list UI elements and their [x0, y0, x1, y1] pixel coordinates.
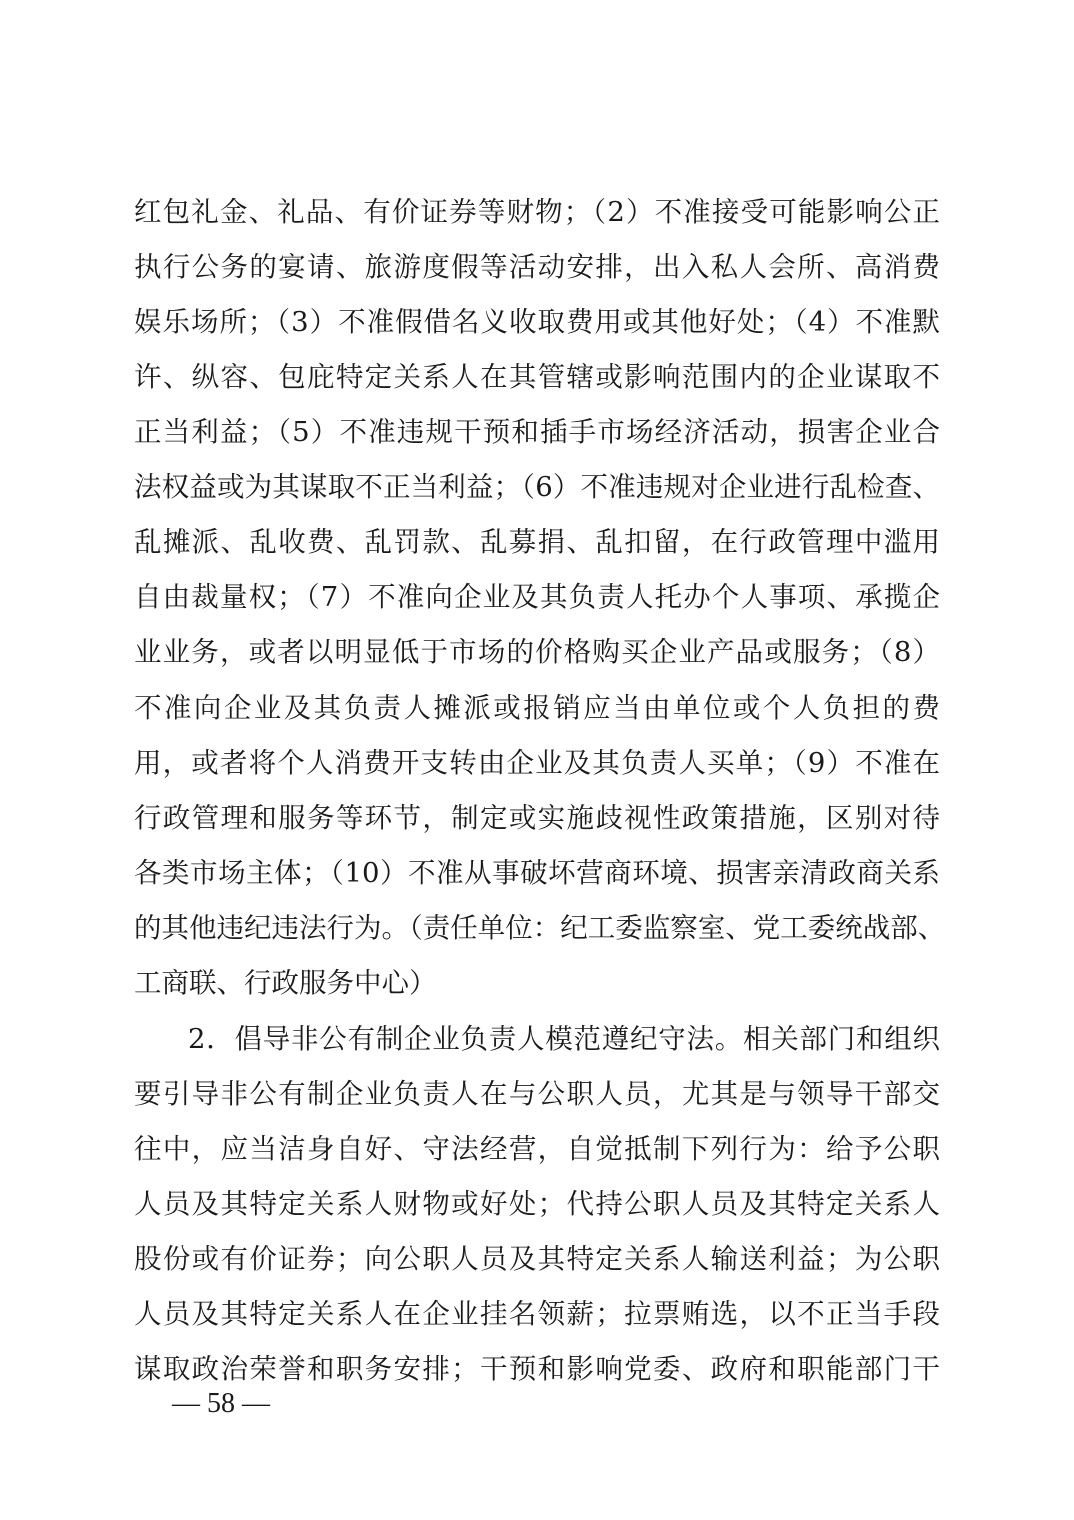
paragraph-heading-line: 2．倡导非公有制企业负责人模范遵纪守法。相关部门和组织 [188, 1019, 940, 1059]
text-line: 往中，应当洁身自好、守法经营，自觉抵制下列行为：给予公职 [134, 1129, 940, 1169]
text-line: 执行公务的宴请、旅游度假等活动安排，出入私人会所、高消费 [134, 247, 940, 287]
page-number: — 58 — [172, 1384, 270, 1424]
text-line: 用，或者将个人消费开支转由企业及其负责人买单；（9）不准在 [134, 743, 940, 783]
text-line: 自由裁量权；（7）不准向企业及其负责人托办个人事项、承揽企 [134, 577, 940, 617]
document-page: 红包礼金、礼品、有价证券等财物；（2）不准接受可能影响公正 执行公务的宴请、旅游… [0, 0, 1074, 1520]
text-line: 业业务，或者以明显低于市场的价格购买企业产品或服务；（8） [134, 632, 940, 672]
text-line: 法权益或为其谋取不正当利益；（6）不准违规对企业进行乱检查、 [134, 467, 940, 507]
text-line: 不准向企业及其负责人摊派或报销应当由单位或个人负担的费 [134, 688, 940, 728]
text-line: 行政管理和服务等环节，制定或实施歧视性政策措施，区别对待 [134, 798, 940, 838]
text-line: 人员及其特定关系人在企业挂名领薪；拉票贿选，以不正当手段 [134, 1294, 940, 1334]
text-line: 要引导非公有制企业负责人在与公职人员，尤其是与领导干部交 [134, 1074, 940, 1114]
text-line: 正当利益；（5）不准违规干预和插手市场经济活动，损害企业合 [134, 412, 940, 452]
text-line: 谋取政治荣誉和职务安排；干预和影响党委、政府和职能部门干 [134, 1349, 940, 1389]
text-line: 娱乐场所；（3）不准假借名义收取费用或其他好处；（4）不准默 [134, 302, 940, 342]
text-line: 红包礼金、礼品、有价证券等财物；（2）不准接受可能影响公正 [134, 192, 940, 232]
text-line: 工商联、行政服务中心） [134, 963, 940, 1003]
text-line: 的其他违纪违法行为。（责任单位：纪工委监察室、党工委统战部、 [134, 908, 940, 948]
text-line: 各类市场主体；（10）不准从事破坏营商环境、损害亲清政商关系 [134, 853, 940, 893]
text-line: 许、纵容、包庇特定关系人在其管辖或影响范围内的企业谋取不 [134, 357, 940, 397]
text-line: 乱摊派、乱收费、乱罚款、乱募捐、乱扣留，在行政管理中滥用 [134, 522, 940, 562]
text-line: 人员及其特定关系人财物或好处；代持公职人员及其特定关系人 [134, 1184, 940, 1224]
text-line: 股份或有价证券；向公职人员及其特定关系人输送利益；为公职 [134, 1239, 940, 1279]
